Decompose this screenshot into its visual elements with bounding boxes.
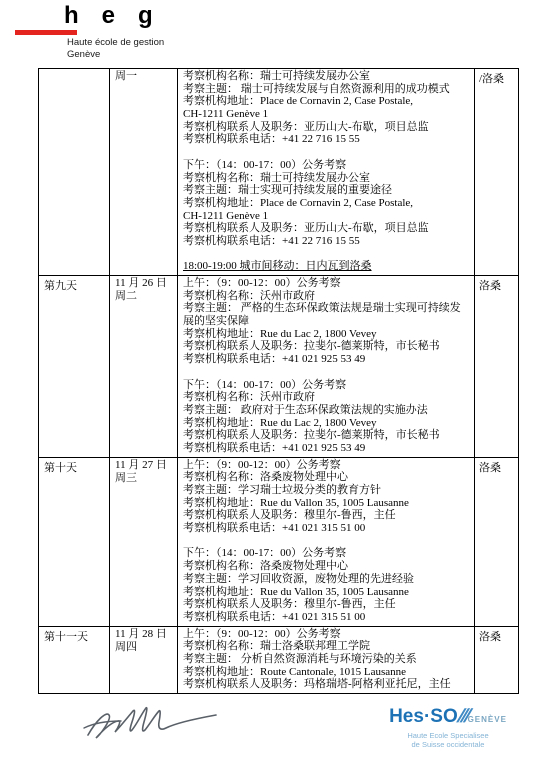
date-line: 11 月 27 日: [115, 459, 174, 472]
location-cell: 洛桑: [475, 457, 519, 626]
schedule-line: 考察机构联系电话：+41 22 716 15 55: [183, 133, 471, 146]
table-row: 第九天 11 月 26 日周二 上午：（9：00-12：00）公务考察考察机构名…: [39, 276, 519, 458]
date-line: 周一: [115, 70, 174, 83]
heg-logo: heg: [64, 2, 176, 30]
hes-region: GENÈVE: [468, 715, 507, 724]
location-cell: /洛桑: [475, 69, 519, 276]
schedule-line: 考察机构名称：沃州市政府: [183, 290, 471, 303]
location-cell: 洛桑: [475, 626, 519, 693]
table-row: 第十一天 11 月 28 日周四 上午：（9：00-12：00）公务考察考察机构…: [39, 626, 519, 693]
schedule-line: 考察机构联系人及职务：拉斐尔-德莱斯特，市长秘书: [183, 429, 471, 442]
hes-so-brandline: Hes·SO///GENÈVE: [368, 706, 528, 731]
schedule-line: [183, 146, 471, 159]
day-cell: 第十一天: [39, 626, 110, 693]
schedule-line: 考察主题： 瑞士可持续发展与自然资源利用的成功模式: [183, 83, 471, 96]
schedule-line: 考察主题：学习瑞士垃圾分类的教育方针: [183, 484, 471, 497]
schedule-line: 考察机构联系电话：+41 021 315 51 00: [183, 522, 471, 535]
schedule-cell: 上午：（9：00-12：00）公务考察考察机构名称：洛桑废物处理中心考察主题：学…: [178, 457, 475, 626]
schedule-line: 考察机构名称：瑞士可持续发展办公室: [183, 70, 471, 83]
schedule-line: 上午：（9：00-12：00）公务考察: [183, 277, 471, 290]
schedule-line: 考察机构地址：Place de Cornavin 2, Case Postale…: [183, 95, 471, 108]
schedule-line: 考察机构地址：Rue du Lac 2, 1800 Vevey: [183, 328, 471, 341]
schedule-cell: 考察机构名称：瑞士可持续发展办公室考察主题： 瑞士可持续发展与自然资源利用的成功…: [178, 69, 475, 276]
schedule-line: 上午：（9：00-12：00）公务考察: [183, 459, 471, 472]
hes-subtitle-line1: Haute Ecole Specialisee: [368, 731, 528, 740]
date-cell: 11 月 28 日周四: [110, 626, 178, 693]
schedule-cell: 上午：（9：00-12：00）公务考察考察机构名称：瑞士洛桑联邦理工学院考察主题…: [178, 626, 475, 693]
schedule-line: 下午：（14：00-17：00）公务考察: [183, 547, 471, 560]
schedule-line: 18:00-19:00 城市间移动：日内瓦到洛桑: [183, 260, 471, 273]
schedule-line: 下午：（14：00-17：00）公务考察: [183, 159, 471, 172]
schedule-line: [183, 366, 471, 379]
date-line: 11 月 28 日: [115, 628, 174, 641]
schedule-line: 考察机构联系人及职务：亚历山大-布歇，项目总监: [183, 222, 471, 235]
schedule-line: 考察主题： 严格的生态环保政策法规是瑞士实现可持续发: [183, 302, 471, 315]
hes-subtitle-line2: de Suisse occidentale: [368, 740, 528, 749]
schedule-line: 考察机构联系人及职务：穆里尔-鲁西，主任: [183, 598, 471, 611]
school-name-line2: Genève: [67, 49, 164, 61]
day-cell: 第十天: [39, 457, 110, 626]
date-cell: 11 月 27 日周三: [110, 457, 178, 626]
handwritten-signature-icon: [82, 690, 222, 752]
schedule-line: 考察机构地址：Place de Cornavin 2, Case Postale…: [183, 197, 471, 210]
schedule-line: 考察机构联系电话：+41 021 925 53 49: [183, 353, 471, 366]
schedule-line: 考察机构名称：瑞士可持续发展办公室: [183, 172, 471, 185]
schedule-line: 考察机构联系人及职务：亚历山大-布歇，项目总监: [183, 121, 471, 134]
schedule-line: 考察机构地址：Route Cantonale, 1015 Lausanne: [183, 666, 471, 679]
schedule-line: 考察机构地址：Rue du Vallon 35, 1005 Lausanne: [183, 586, 471, 599]
hes-so-logo: Hes·SO///GENÈVE Haute Ecole Specialisee …: [368, 706, 528, 749]
schedule-line: 考察机构联系人及职务：穆里尔-鲁西，主任: [183, 509, 471, 522]
date-line: 周三: [115, 472, 174, 485]
schedule-line: 考察机构联系电话：+41 021 315 51 00: [183, 611, 471, 624]
day-cell: [39, 69, 110, 276]
schedule-line: 下午：（14：00-17：00）公务考察: [183, 379, 471, 392]
schedule-line: 上午：（9：00-12：00）公务考察: [183, 628, 471, 641]
date-line: 11 月 26 日: [115, 277, 174, 290]
hes-brand-rest: ·SO: [424, 706, 458, 727]
schedule-line: 考察主题：学习回收资源，废物处理的先进经验: [183, 573, 471, 586]
schedule-line: CH-1211 Genève 1: [183, 108, 471, 121]
schedule-line: 考察主题：瑞士实现可持续发展的重要途径: [183, 184, 471, 197]
schedule-line: 考察主题： 分析自然资源消耗与环境污染的关系: [183, 653, 471, 666]
schedule-line: [183, 248, 471, 261]
location-cell: 洛桑: [475, 276, 519, 458]
hes-brand-bold: Hes: [389, 706, 424, 727]
schedule-line: 考察机构名称：洛桑废物处理中心: [183, 560, 471, 573]
day-cell: 第九天: [39, 276, 110, 458]
heg-red-bar-icon: [15, 30, 77, 35]
schedule-line: 考察机构地址：Rue du Lac 2, 1800 Vevey: [183, 417, 471, 430]
table-row: 周一 考察机构名称：瑞士可持续发展办公室考察主题： 瑞士可持续发展与自然资源利用…: [39, 69, 519, 276]
itinerary-table: 周一 考察机构名称：瑞士可持续发展办公室考察主题： 瑞士可持续发展与自然资源利用…: [38, 68, 519, 694]
table-row: 第十天 11 月 27 日周三 上午：（9：00-12：00）公务考察考察机构名…: [39, 457, 519, 626]
schedule-line: 考察机构联系电话：+41 021 925 53 49: [183, 442, 471, 455]
schedule-line: CH-1211 Genève 1: [183, 210, 471, 223]
school-name: Haute école de gestion Genève: [67, 37, 164, 60]
schedule-line: 考察机构联系人及职务：拉斐尔-德莱斯特，市长秘书: [183, 340, 471, 353]
schedule-line: 考察机构联系人及职务：玛格瑞塔-阿格利亚托尼，主任: [183, 678, 471, 691]
schedule-line: [183, 535, 471, 548]
schedule-line: 考察机构名称：瑞士洛桑联邦理工学院: [183, 640, 471, 653]
date-cell: 周一: [110, 69, 178, 276]
school-name-line1: Haute école de gestion: [67, 37, 164, 49]
date-line: 周四: [115, 641, 174, 654]
schedule-line: 考察机构名称：沃州市政府: [183, 391, 471, 404]
document-page: heg Haute école de gestion Genève 周一 考察机…: [0, 0, 546, 763]
schedule-line: 考察主题： 政府对于生态环保政策法规的实施办法: [183, 404, 471, 417]
schedule-line: 展的坚实保障: [183, 315, 471, 328]
schedule-line: 考察机构联系电话：+41 22 716 15 55: [183, 235, 471, 248]
schedule-line: 考察机构地址：Rue du Vallon 35, 1005 Lausanne: [183, 497, 471, 510]
schedule-line: 考察机构名称：洛桑废物处理中心: [183, 471, 471, 484]
date-cell: 11 月 26 日周二: [110, 276, 178, 458]
schedule-cell: 上午：（9：00-12：00）公务考察考察机构名称：沃州市政府考察主题： 严格的…: [178, 276, 475, 458]
date-line: 周二: [115, 290, 174, 303]
